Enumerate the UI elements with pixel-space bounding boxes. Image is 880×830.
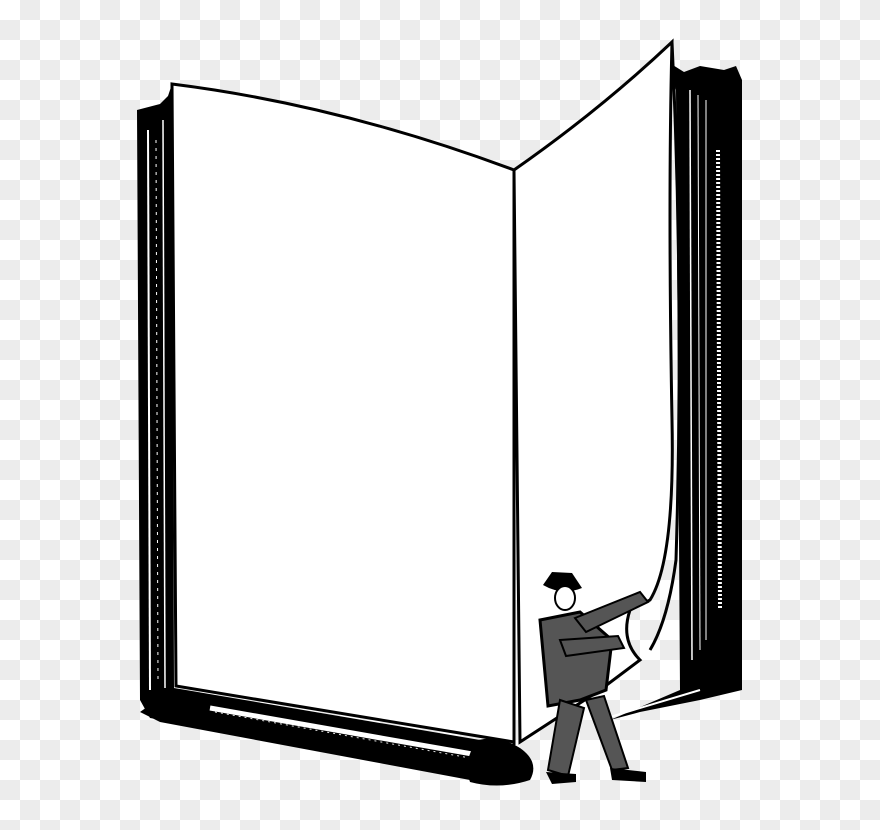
open-book-illustration <box>0 0 880 830</box>
left-page <box>172 84 514 742</box>
